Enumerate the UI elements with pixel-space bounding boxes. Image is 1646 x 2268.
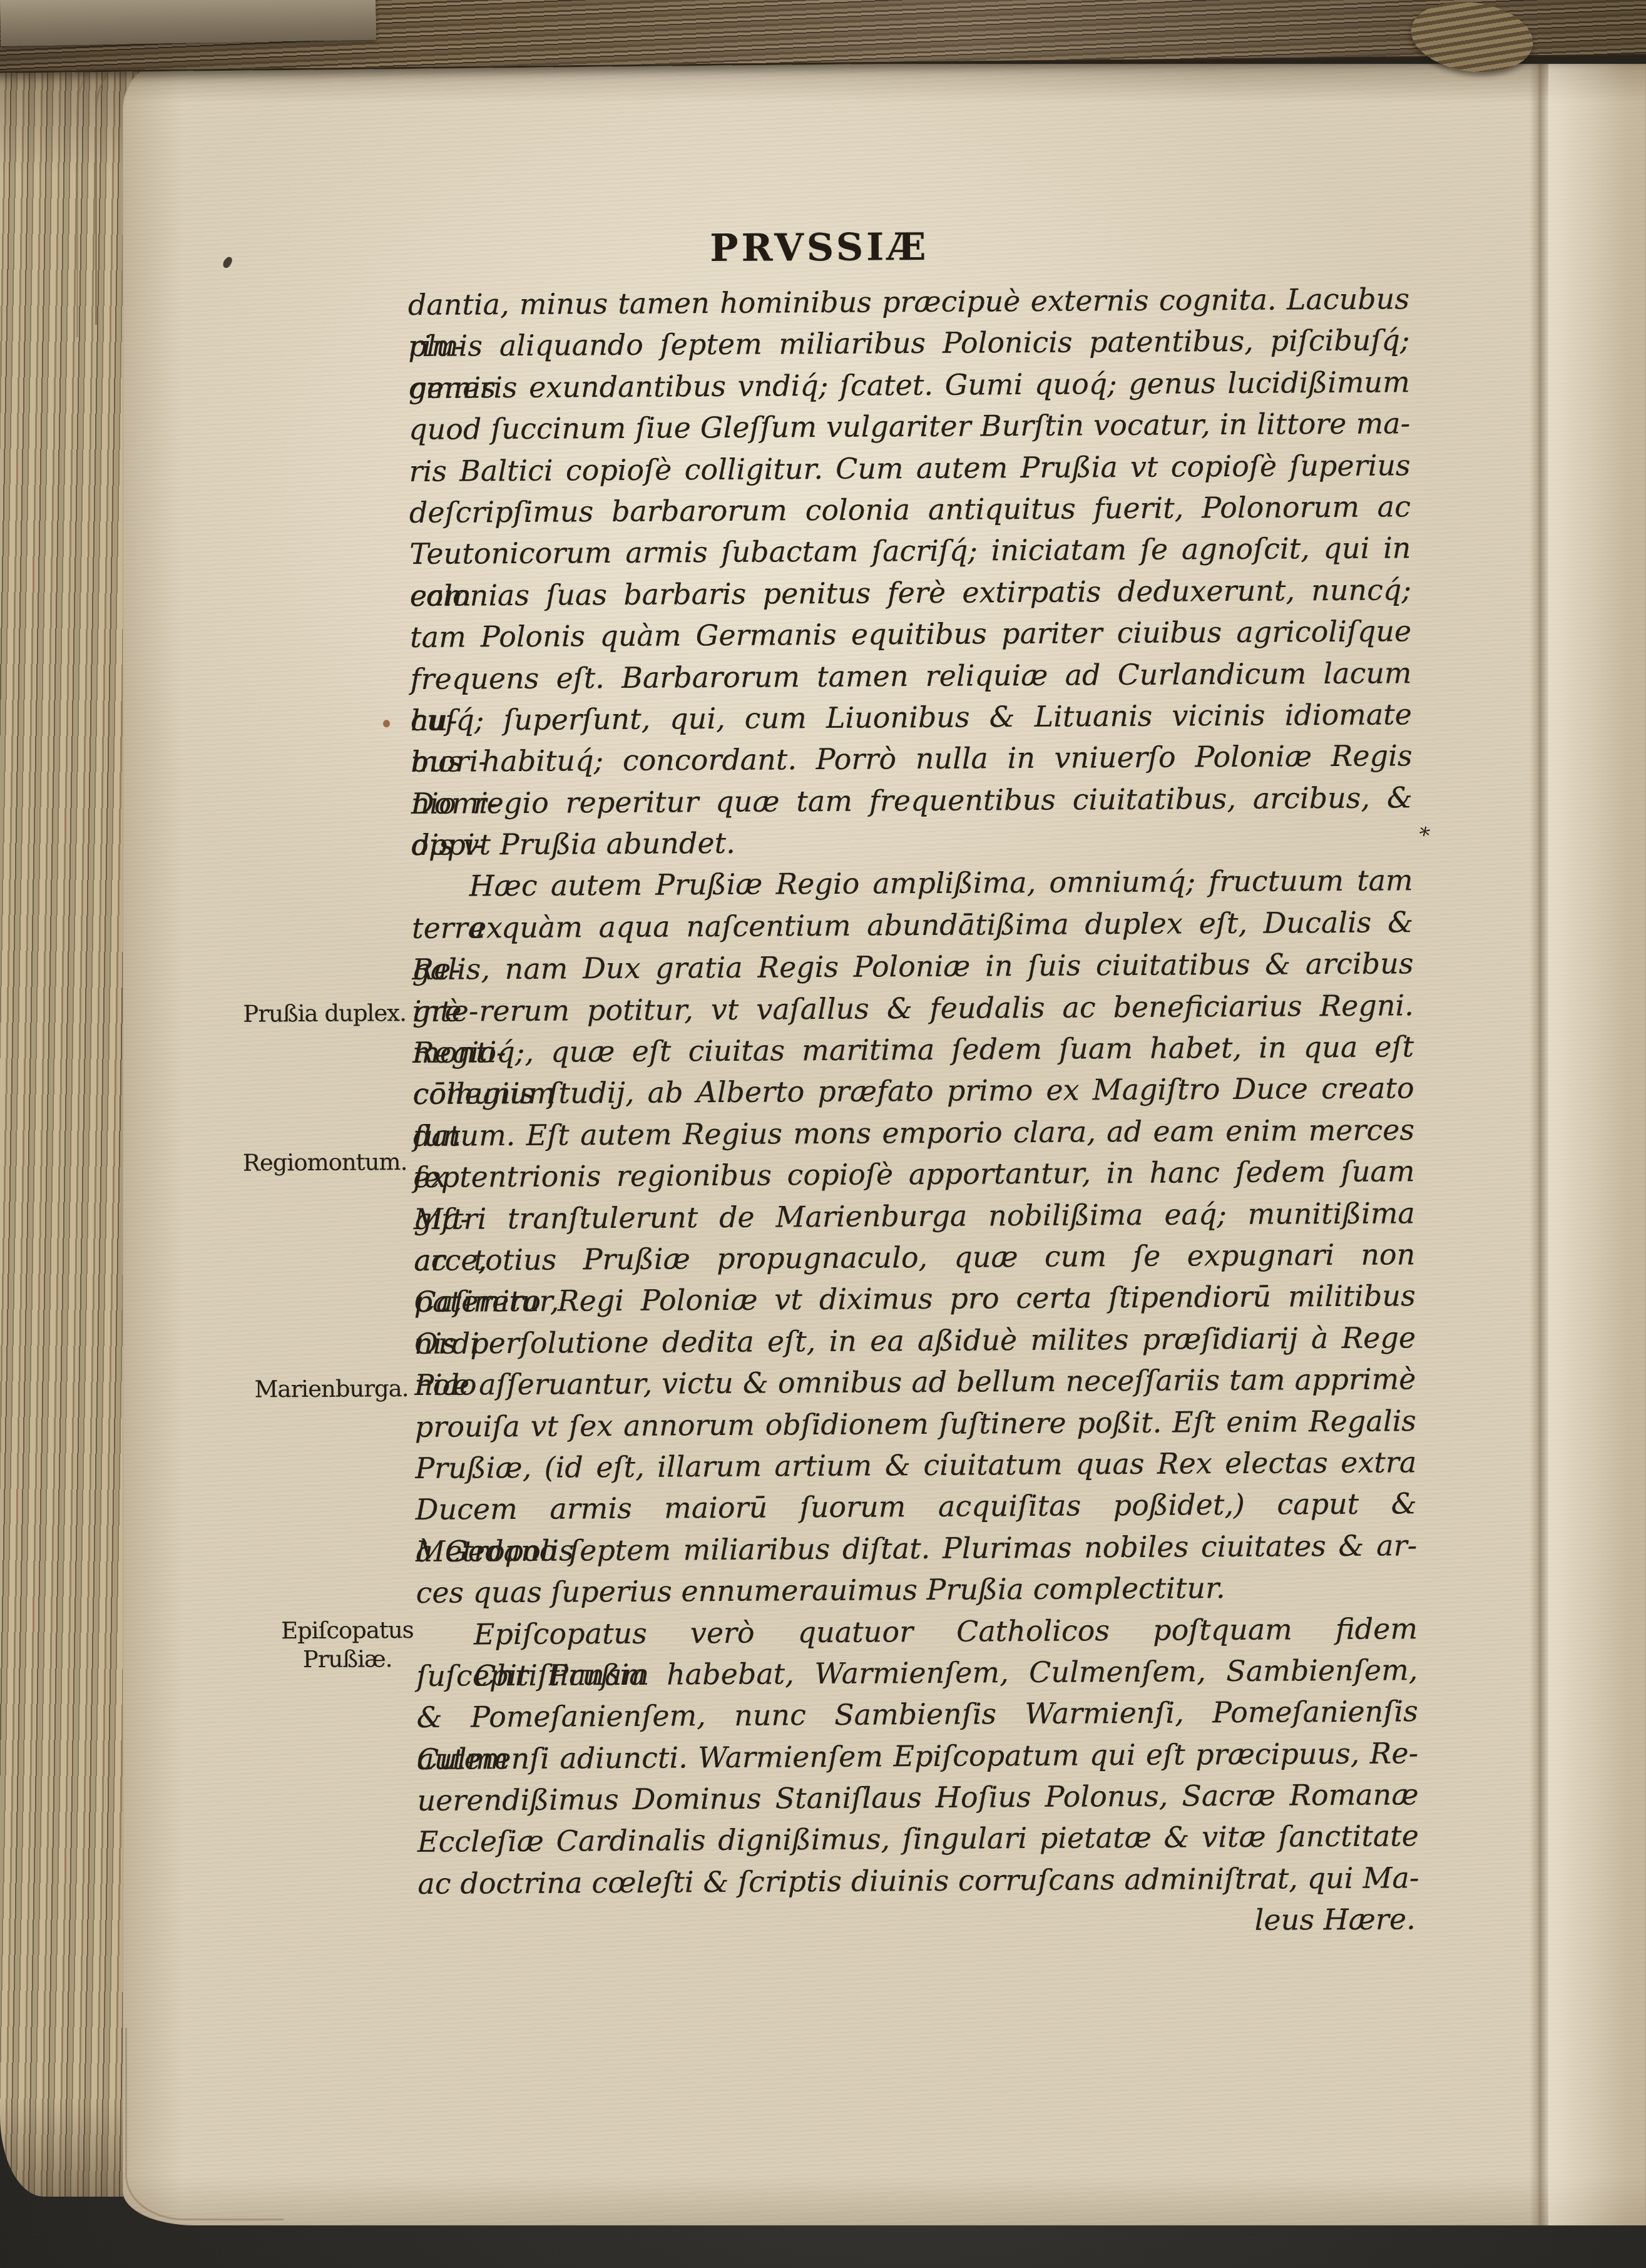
margin-note-line: Prußiæ.: [253, 1645, 441, 1675]
body-line: niæ aſſeruantur, victu & omnibus ad bell…: [414, 1358, 1416, 1406]
body-line: quod ſuccinum ſiue Gleſſum vulgariter Bu…: [409, 402, 1410, 450]
body-line: prouiſa vt ſex annorum obſidionem ſuſtin…: [415, 1400, 1416, 1448]
body-line: rimis aliquando ſeptem miliaribus Poloni…: [408, 320, 1409, 367]
margin-note: EpiſcopatusPrußiæ.: [253, 1616, 442, 1675]
body-line: Culmenſi adiuncti. Warmienſem Epiſcopatu…: [417, 1732, 1418, 1780]
body-line: dis vt Prußia abundet.: [411, 818, 1413, 866]
body-line: montiq́;, quæ eſt ciuitas maritima ſedem…: [412, 1026, 1414, 1073]
body-line: terra quàm aqua naſcentium abundātißima …: [412, 901, 1413, 949]
body-line: ac totius Prußiæ propugnaculo, quæ cum ſ…: [414, 1234, 1415, 1281]
margin-note-line: Marienburga.: [202, 1374, 408, 1404]
margin-note: Regiomontum.: [200, 1148, 407, 1178]
body-line: uerendißimus Dominus Staniſlaus Hoſius P…: [417, 1774, 1418, 1821]
book-scan: PRVSSIÆ dantia, minus tamen hominibus pr…: [0, 0, 1646, 2268]
body-text: dantia, minus tamen hominibus præcipuè e…: [408, 278, 1419, 1946]
body-line: galis, nam Dux gratia Regis Poloniæ in ſ…: [412, 942, 1413, 990]
body-line: & Pomeſanienſem, nunc Sambienſis Warmien…: [417, 1690, 1418, 1738]
body-line: nio regio reperitur quæ tam frequentibus…: [411, 777, 1413, 824]
body-line: Caſimiro Regi Poloniæ vt diximus pro cer…: [414, 1275, 1415, 1323]
body-line: ſeptentrionis regionibus copioſè apporta…: [413, 1150, 1414, 1198]
body-line: Epiſcopatus verò quatuor Catholicos poſt…: [416, 1608, 1418, 1655]
margin-note-line: Epiſcopatus: [253, 1616, 441, 1646]
body-line: colonias ſuas barbaris penitus ferè exti…: [410, 569, 1411, 616]
body-line: Ducem armis maiorū ſuorum acquiſitas poß…: [416, 1483, 1417, 1531]
body-line: nis perſolutione dedita eſt, in ea aßidu…: [414, 1317, 1416, 1364]
body-line: ris Baltici copioſè colligitur. Cum aute…: [409, 444, 1410, 492]
margin-note-line: Prußia duplex.: [200, 999, 406, 1029]
margin-note-line: Regiomontum.: [200, 1148, 407, 1178]
margin-note: Prußia duplex.: [200, 999, 406, 1029]
book-cover-corner: [0, 0, 376, 46]
body-line: grè rerum potitur, vt vaſallus & feudali…: [412, 984, 1414, 1032]
catchword: leus Hære.: [418, 1898, 1419, 1946]
margin-note: Marienburga.: [202, 1374, 408, 1404]
body-line: Hæc autem Prußiæ Regio amplißima, omnium…: [411, 860, 1413, 907]
body-line: dantia, minus tamen hominibus præcipuè e…: [408, 278, 1409, 325]
body-line: frequens eſt. Barbarorum tamen reliquiæ …: [410, 652, 1411, 700]
printed-content: PRVSSIÆ dantia, minus tamen hominibus pr…: [0, 0, 1646, 2268]
body-line: generis exundantibus vndiq́; ſcatet. Gum…: [409, 361, 1410, 409]
ink-speck-mark: [222, 255, 233, 269]
body-line: ces quas ſuperius ennumerauimus Prußia c…: [416, 1566, 1417, 1613]
page-title: PRVSSIÆ: [650, 228, 988, 267]
body-line: deſcripſimus barbarorum colonia antiquit…: [409, 486, 1411, 533]
body-line: Teutonicorum armis ſubactam ſacriſq́; in…: [409, 528, 1411, 575]
body-line: giſtri tranſtulerunt de Marienburga nobi…: [414, 1192, 1415, 1240]
body-line: à Gedano ſeptem miliaribus diſtat. Pluri…: [416, 1525, 1417, 1572]
body-line: cuſq́; ſuperſunt, qui, cum Liuonibus & L…: [411, 693, 1412, 741]
ink-blot-mark: ∗: [1415, 817, 1435, 845]
body-line: cōmunis ſtudij, ab Alberto præfato primo…: [412, 1068, 1414, 1115]
rust-speck: [383, 720, 390, 727]
body-line: ſuſcepit Prußia habebat, Warmienſem, Cul…: [416, 1649, 1418, 1697]
body-line: Prußiæ, (id eſt, illarum artium & ciuita…: [415, 1441, 1416, 1489]
body-line: ac doctrina cœleſti & ſcriptis diuinis c…: [417, 1857, 1419, 1904]
body-line: datum. Eſt autem Regius mons emporio cla…: [413, 1109, 1414, 1157]
body-line: bus habituq́; concordant. Porrò nulla in…: [411, 735, 1412, 783]
body-line: Eccleſiæ Cardinalis dignißimus, ſingular…: [417, 1816, 1419, 1863]
body-line: tam Polonis quàm Germanis equitibus pari…: [410, 610, 1411, 658]
